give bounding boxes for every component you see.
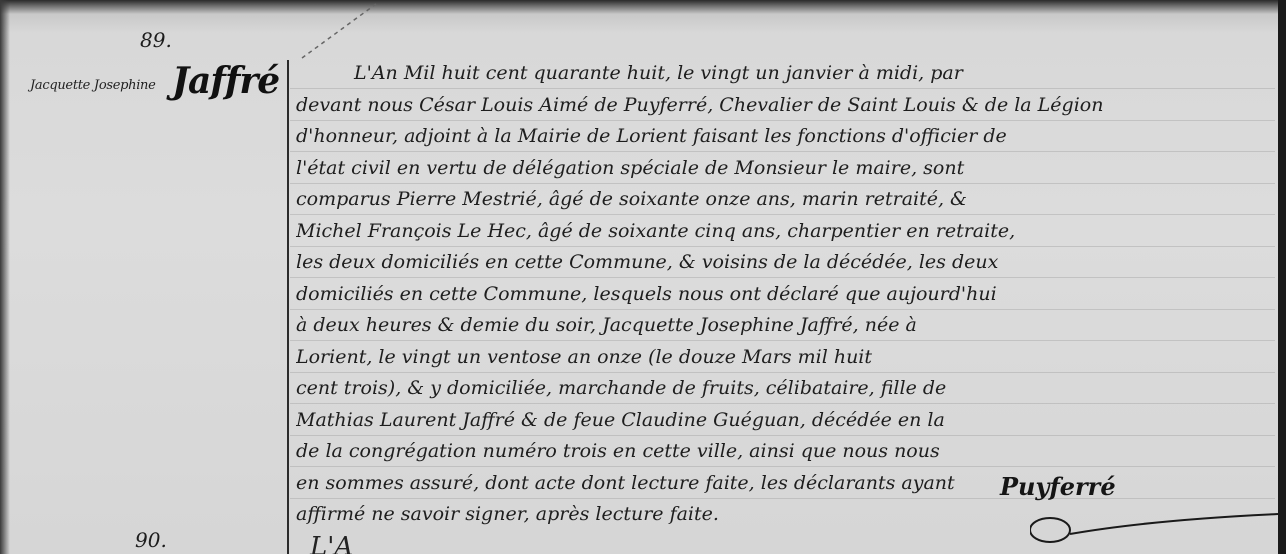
record-line: de la congrégation numéro trois en cette…: [296, 436, 1271, 468]
record-line: Lorient, le vingt un ventose an onze (le…: [296, 342, 1271, 374]
record-line: comparus Pierre Mestrié, âgé de soixante…: [296, 184, 1271, 216]
record-line: à deux heures & demie du soir, Jacquette…: [296, 310, 1271, 342]
page-left-shadow: [0, 0, 10, 554]
entry-number-90: 90.: [135, 528, 167, 552]
record-line: Michel François Le Hec, âgé de soixante …: [296, 216, 1271, 248]
margin-surname: Jaffré: [172, 60, 279, 102]
record-line: devant nous César Louis Aimé de Puyferré…: [296, 90, 1271, 122]
record-line: cent trois), & y domiciliée, marchande d…: [296, 373, 1271, 405]
record-line: L'An Mil huit cent quarante huit, le vin…: [296, 58, 1271, 90]
record-body: L'An Mil huit cent quarante huit, le vin…: [296, 58, 1271, 531]
margin-rule: [287, 60, 289, 554]
record-line: l'état civil en vertu de délégation spéc…: [296, 153, 1271, 185]
margin-given-names: Jacquette Josephine: [30, 78, 156, 93]
page-right-edge: [1278, 0, 1286, 554]
entry-number-89: 89.: [140, 28, 172, 52]
signature-flourish-icon: [1030, 500, 1280, 550]
page-top-shadow: [0, 0, 1286, 14]
record-line: Mathias Laurent Jaffré & de feue Claudin…: [296, 405, 1271, 437]
record-line: en sommes assuré, dont acte dont lecture…: [296, 468, 1271, 500]
record-line: d'honneur, adjoint à la Mairie de Lorien…: [296, 121, 1271, 153]
official-signature: Puyferré: [1000, 472, 1116, 501]
document-page: 89. Jacquette Josephine Jaffré L'An Mil …: [0, 0, 1286, 554]
record-line: les deux domiciliés en cette Commune, & …: [296, 247, 1271, 279]
stray-pen-mark-icon: [300, 0, 380, 60]
record-line: domiciliés en cette Commune, lesquels no…: [296, 279, 1271, 311]
next-entry-start: L'A: [310, 532, 353, 554]
